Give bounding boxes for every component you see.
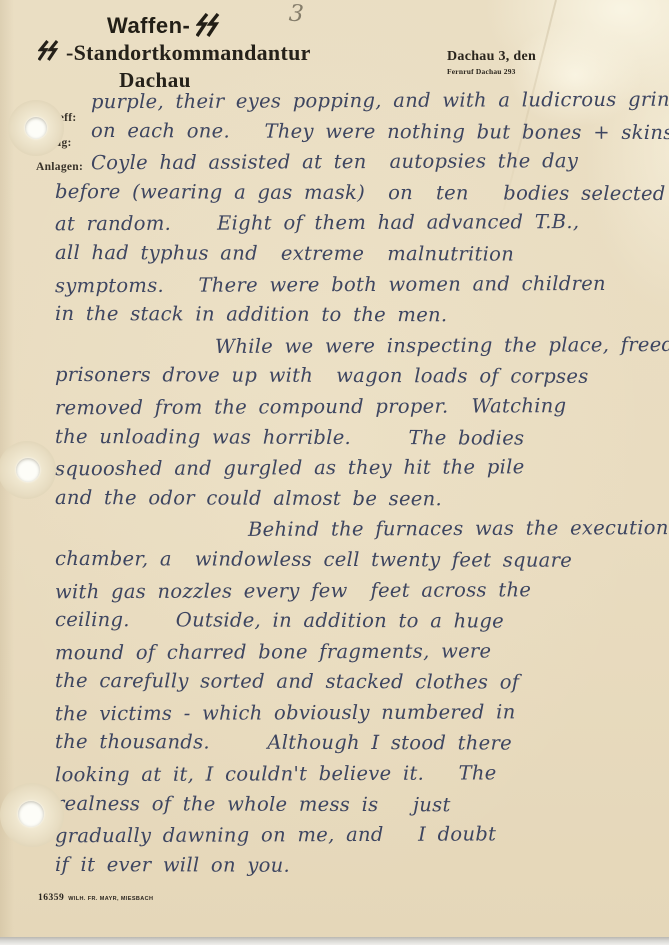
- handwritten-line: the carefully sorted and stacked clothes…: [55, 666, 655, 699]
- letterhead-standort-text: -Standortkommandantur: [66, 40, 311, 66]
- letter-paper: 3 Waffen- -Standortkommandantur Dachau: [0, 0, 669, 937]
- handwritten-line: chamber, a windowless cell twenty feet s…: [55, 544, 655, 577]
- letterhead-date-line: Dachau 3, den: [447, 49, 536, 65]
- handwritten-line: and the odor could almost be seen.: [55, 483, 655, 516]
- handwritten-line: in the stack in addition to the men.: [55, 299, 655, 332]
- handwritten-line: on each one. They were nothing but bones…: [91, 116, 655, 149]
- handwritten-line: ceiling. Outside, in addition to a huge: [55, 605, 655, 638]
- handwritten-line: removed from the compound proper. Watchi…: [55, 391, 655, 424]
- punch-hole: [18, 801, 44, 827]
- handwritten-line: at random. Eight of them had advanced T.…: [55, 207, 655, 240]
- handwritten-line: symptoms. There were both women and chil…: [55, 268, 655, 301]
- handwritten-line: with gas nozzles every few feet across t…: [55, 574, 655, 607]
- document-photo: 3 Waffen- -Standortkommandantur Dachau: [0, 0, 669, 945]
- handwritten-line: the thousands. Although I stood there: [55, 727, 655, 760]
- letterhead-standort-line: -Standortkommandantur: [38, 40, 311, 67]
- printer-name: WILH. FR. MAYR, MIESBACH: [68, 896, 153, 902]
- handwritten-body: purple, their eyes popping, and with a l…: [55, 86, 655, 881]
- handwritten-line: looking at it, I couldn't believe it. Th…: [55, 758, 655, 791]
- handwritten-line: realness of the whole mess is just: [55, 789, 655, 822]
- letterhead-waffen-line: Waffen-: [107, 13, 226, 43]
- handwritten-line: before (wearing a gas mask) on ten bodie…: [55, 177, 655, 210]
- handwritten-line: mound of charred bone fragments, were: [55, 635, 655, 668]
- handwritten-line: Behind the furnaces was the execution: [248, 513, 655, 545]
- handwritten-line: gradually dawning on me, and I doubt: [55, 819, 655, 852]
- letterhead-waffen-text: Waffen-: [107, 13, 190, 39]
- handwritten-line: the victims - which obviously numbered i…: [55, 697, 655, 730]
- ss-runes-icon: [38, 40, 64, 67]
- handwritten-line: purple, their eyes popping, and with a l…: [91, 85, 655, 118]
- letterhead-right-block: Dachau 3, den Fernruf Dachau 293: [447, 49, 536, 76]
- handwritten-line: prisoners drove up with wagon loads of c…: [55, 360, 655, 393]
- punch-hole: [25, 117, 47, 139]
- handwritten-line: the unloading was horrible. The bodies: [55, 421, 655, 454]
- form-number: 16359: [38, 893, 64, 903]
- page-number: 3: [288, 1, 304, 28]
- handwritten-line: While we were inspecting the place, free…: [215, 330, 655, 363]
- paper-bottom-edge: [0, 937, 669, 945]
- printer-imprint: 16359 WILH. FR. MAYR, MIESBACH: [38, 893, 153, 903]
- handwritten-line: squooshed and gurgled as they hit the pi…: [55, 452, 655, 485]
- letterhead-phone-line: Fernruf Dachau 293: [447, 67, 536, 76]
- handwritten-line: if it ever will on you.: [55, 850, 655, 883]
- handwritten-line: Coyle had assisted at ten autopsies the …: [91, 146, 655, 179]
- punch-hole: [16, 458, 40, 482]
- handwritten-line: all had typhus and extreme malnutrition: [55, 238, 655, 271]
- ss-runes-icon: [196, 13, 226, 43]
